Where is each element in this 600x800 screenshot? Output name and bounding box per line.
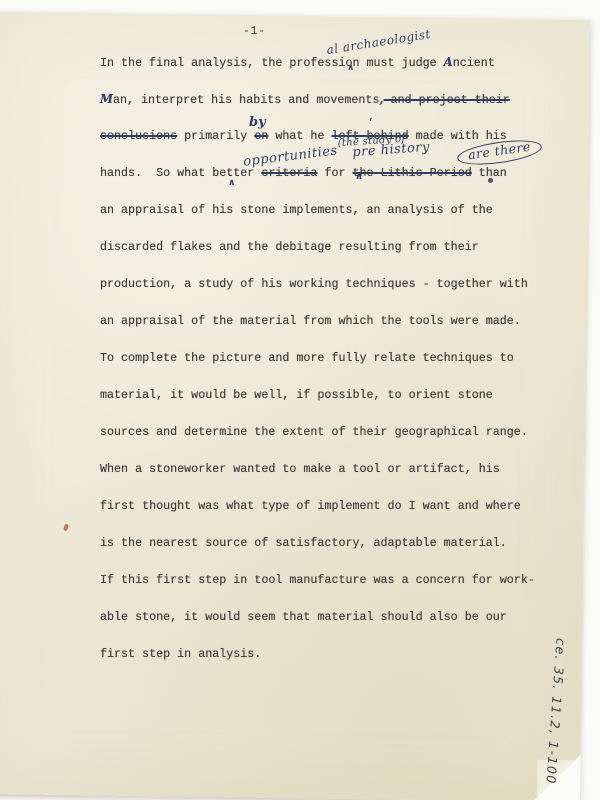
- typed-text-segment: an appraisal of the material from which …: [100, 314, 521, 328]
- typed-text-segment: hands. So what better: [100, 166, 261, 180]
- typed-text-segment: first thought was what type of implement…: [100, 499, 521, 513]
- struck-text: on: [254, 129, 268, 143]
- typed-text-segment: material, it would be well, if possible,…: [100, 388, 493, 402]
- scanned-manuscript-screenshot: { "document": { "page_number": "-1-", "c…: [0, 0, 600, 800]
- typed-text-segment: If this first step in tool manufacture w…: [100, 573, 535, 587]
- red-speck: [63, 524, 69, 532]
- caret-icon: ∧: [228, 179, 235, 188]
- typed-text-segment: first step in analysis.: [100, 647, 261, 661]
- struck-text: criteria: [261, 166, 317, 180]
- typed-line: To complete the picture and more fully r…: [100, 351, 560, 388]
- typed-text-segment: primarily: [177, 129, 254, 143]
- typed-line: first thought was what type of implement…: [100, 499, 560, 536]
- typed-line: an appraisal of the material from which …: [100, 314, 560, 351]
- page-number: -1-: [243, 24, 266, 38]
- typed-text-segment: is the nearest source of satisfactory, a…: [100, 536, 507, 550]
- typed-text-segment: an, interpret his habits and movements: [113, 93, 380, 107]
- typed-line: If this first step in tool manufacture w…: [100, 573, 560, 610]
- caret-icon: ∧: [355, 172, 363, 182]
- caret-icon: ∧: [347, 64, 354, 73]
- typed-line: hands. So what better criteria for the L…: [100, 166, 560, 203]
- typed-line: production, a study of his working techn…: [100, 277, 560, 314]
- typed-text-segment: discarded flakes and the debitage result…: [100, 240, 479, 254]
- typed-line: When a stoneworker wanted to make a tool…: [100, 462, 560, 499]
- struck-text: the Lithic Period: [353, 166, 472, 180]
- typed-line: material, it would be well, if possible,…: [100, 388, 560, 425]
- typed-text-segment: When a stoneworker wanted to make a tool…: [100, 462, 500, 476]
- typed-text-segment: for: [317, 166, 352, 180]
- typed-line: first step in analysis.: [100, 647, 560, 684]
- typed-line: Man, interpret his habits and movements,…: [100, 92, 560, 129]
- ink-overwrite: A: [444, 55, 453, 69]
- typed-line: an appraisal of his stone implements, an…: [100, 203, 560, 240]
- ink-overwrite: M: [100, 92, 113, 106]
- typed-text-segment: what he: [268, 129, 331, 143]
- page-content: -1- In the final analysis, the professio…: [0, 0, 600, 800]
- typed-text-segment: sources and determine the extent of thei…: [100, 425, 528, 439]
- handwritten-insert-by: by: [249, 116, 266, 129]
- struck-text: conclusions: [100, 129, 177, 143]
- typed-line: discarded flakes and the debitage result…: [100, 240, 560, 277]
- typed-line: In the final analysis, the profession mu…: [100, 55, 560, 92]
- typed-line: is the nearest source of satisfactory, a…: [100, 536, 560, 573]
- typed-text-segment: To complete the picture and more fully r…: [100, 351, 514, 365]
- ink-dot: [488, 178, 493, 183]
- handwritten-insert-professional: al archaeologist: [326, 28, 432, 56]
- struck-text: and project their: [384, 93, 510, 107]
- typed-text-segment: production, a study of his working techn…: [100, 277, 528, 291]
- typed-text-segment: an appraisal of his stone implements, an…: [100, 203, 493, 217]
- typed-text-segment: ncient: [453, 56, 495, 70]
- tick-mark-icon: ʹ: [369, 118, 373, 130]
- typed-line: able stone, it would seem that material …: [100, 610, 560, 647]
- typed-line: sources and determine the extent of thei…: [100, 425, 560, 462]
- typed-text-segment: In the final analysis, the profession mu…: [100, 56, 444, 70]
- typed-text-segment: able stone, it would seem that material …: [100, 610, 507, 624]
